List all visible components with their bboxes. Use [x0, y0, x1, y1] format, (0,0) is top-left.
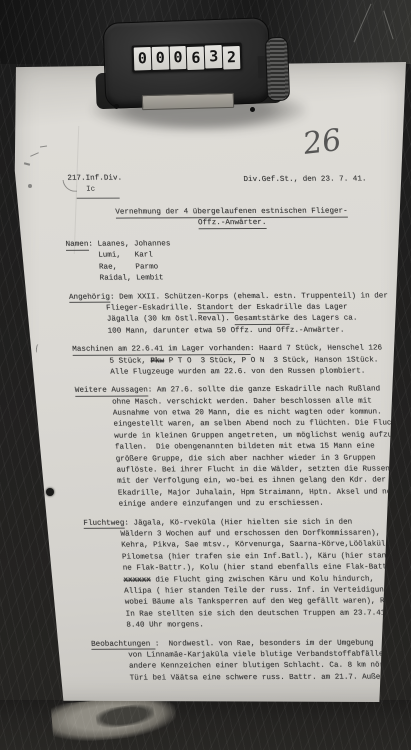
unit-branch-text: Ic — [86, 186, 96, 194]
counter-digit: 0 — [134, 47, 151, 70]
paragraph-maschinen: Maschinen am 22.6.41 im Lager vorhanden:… — [72, 343, 411, 379]
title-line-2: Offz.-Anwärter. — [64, 218, 401, 231]
dateline: Div.Gef.St., den 23. 7. 41. — [243, 174, 367, 186]
text-line: Raidal, Lembit — [68, 273, 409, 286]
text-segment: : Jägala, Kö-rveküla (Hier hielten sie s… — [124, 518, 352, 527]
text-segment: Wäldern 3 Wochen auf und erschossen den … — [84, 530, 381, 539]
document-content: 26 217.Inf.Div. Ic Div.Gef.St., den 23. … — [14, 60, 411, 702]
text-line: Maschinen am 22.6.41 im Lager vorhanden:… — [72, 343, 411, 356]
photo-frame: 26 217.Inf.Div. Ic Div.Gef.St., den 23. … — [0, 0, 411, 750]
underlined-text: Gesamtstärke — [234, 315, 289, 325]
unit-designation: 217.Inf.Div. Ic — [67, 174, 123, 199]
text-line: ne Flak-Battr.), Kolu (hier stand ebenfa… — [86, 562, 411, 575]
text-segment: In Rae stellten sie sich den deutschen T… — [89, 609, 386, 618]
text-line: wobei Bäume als Tanksperren auf den Weg … — [88, 597, 411, 610]
document-body: Namen: Laanes, Johannes Lumi, Karl Rae, … — [65, 238, 411, 692]
pencil-hook-mark — [63, 180, 78, 192]
text-segment: der Eskadrille das Lager — [234, 304, 348, 312]
document-page: 26 217.Inf.Div. Ic Div.Gef.St., den 23. … — [14, 62, 406, 702]
text-line: einige andere einzufangen und zu erschie… — [82, 499, 411, 512]
text-segment: 8.40 Uhr morgens. — [90, 621, 204, 629]
text-segment: Ausnahme von etwa 20 Mann, die es nicht … — [76, 409, 382, 418]
text-segment: einige andere einzufangen und zu erschie… — [82, 500, 324, 509]
text-segment: andere Kennzeichen einer blutigen Schlac… — [92, 662, 398, 671]
text-segment: größere Gruppe, die sich aber nachher wi… — [79, 454, 376, 463]
text-segment: mit der Verfolgung ein, wo-bei es ihnen … — [81, 477, 387, 486]
counter-screw — [250, 107, 255, 112]
text-segment: P T O 3 Stück, P O N 3 Stück, Hanson 1St… — [164, 356, 379, 365]
text-segment: : Am 27.6. sollte die ganze Eskadrille n… — [148, 386, 381, 395]
counter-digit: 2 — [223, 46, 240, 69]
text-segment: : Laanes, Johannes — [88, 240, 171, 248]
underlined-text: Standort — [197, 304, 234, 314]
punch-hole — [46, 488, 54, 496]
text-line: 8.40 Uhr morgens. — [90, 619, 411, 632]
text-segment: wurde in kleinen Gruppen angetreten, um … — [78, 431, 397, 440]
underlined-text: Weitere Aussagen — [75, 387, 149, 397]
text-line: fallen. Die obengenannten bildeten mit e… — [78, 442, 411, 455]
text-line: Angehörig: Dem XXII. Schützen-Korps (ehe… — [69, 291, 410, 304]
text-segment: : Nordwestl. von Rae, besonders im der U… — [155, 639, 374, 648]
text-segment: 100 Mann, darunter etwa 50 Offz. und Off… — [71, 326, 345, 335]
text-segment: die Flucht ging zwischen Käru und Kolu h… — [151, 575, 375, 584]
underlined-text: Angehörig — [69, 293, 111, 303]
underlined-text: Namen — [65, 241, 88, 251]
paragraph-weitere-aussagen: Weitere Aussagen: Am 27.6. sollte die ga… — [75, 385, 411, 512]
paragraph-beobachtungen: Beobachtungen : Nordwestl. von Rae, beso… — [91, 638, 411, 685]
pencil-scribble — [28, 184, 32, 188]
text-segment: Türi bei Väätsa eine schwere russ. Battr… — [93, 673, 399, 682]
counter-digit: 0 — [152, 47, 169, 70]
text-line: Alle Flugzeuge wurden am 22.6. von den R… — [73, 366, 411, 379]
document-title: Vernehmung der 4 übergelaufenen estnisch… — [63, 206, 400, 230]
text-segment: Allipa ( hier standen Teile der russ. In… — [88, 586, 394, 595]
text-segment: : Dem XXII. Schützen-Korps (ehemal. estn… — [110, 292, 388, 301]
counter-reset-knob — [265, 37, 290, 102]
unit-branch-label: Ic — [76, 185, 120, 199]
paragraph-fluchtweg: Fluchtweg: Jägala, Kö-rveküla (Hier hiel… — [83, 517, 411, 632]
underlined-text: Beobachtungen — [91, 640, 155, 650]
text-segment: fallen. Die obengenannten bildeten mit e… — [78, 443, 375, 452]
text-segment: ohne Masch. verschickt werden. Daher bes… — [75, 397, 372, 406]
text-segment: von Linnamäe-Karjaküla viele blutige Ver… — [92, 650, 402, 659]
text-segment: eingestellt waren, am selben Abend noch … — [77, 420, 401, 429]
counter-digit: 0 — [169, 46, 186, 69]
text-segment: auflöste. Bei ihrer Flucht in die Wälder… — [80, 466, 390, 475]
counter-digit: 3 — [205, 45, 222, 68]
text-segment: Lumi, Karl — [66, 252, 153, 260]
text-segment: Kehra, Pikva, Sae mtsv., Körvenurga, Saa… — [85, 541, 395, 550]
text-segment: Rae, Parmo — [67, 263, 159, 271]
text-segment: Ekadrille, Major Juhalain, Hpm Straimann… — [81, 488, 400, 497]
struck-text: Pkw — [150, 357, 164, 365]
struck-text: xxxxxx — [123, 576, 151, 584]
text-line: Türi bei Väätsa eine schwere russ. Battr… — [93, 672, 411, 685]
counter-plate — [142, 93, 234, 110]
text-segment: Jägalla (30 km östl.Reval). — [70, 315, 235, 324]
text-segment: Alle Flugzeuge wurden am 22.6. von den R… — [74, 367, 366, 376]
text-line: andere Kennzeichen einer blutigen Schlac… — [92, 661, 411, 674]
text-segment: ne Flak-Battr.), Kolu (hier stand ebenfa… — [86, 564, 405, 573]
text-line: In Rae stellten sie sich den deutschen T… — [89, 608, 411, 621]
text-segment: : Haard 7 Stück, Henschel 126 — [250, 345, 383, 354]
counter-digit: 6 — [187, 47, 204, 70]
handwritten-page-number: 26 — [301, 123, 365, 159]
counter-screw — [114, 104, 119, 109]
underlined-text: Fluchtweg — [83, 519, 125, 529]
text-segment: wobei Bäume als Tanksperren auf den Weg … — [88, 598, 398, 607]
paragraph-angehoerig: Angehörig: Dem XXII. Schützen-Korps (ehe… — [69, 291, 411, 338]
text-segment: Raidal, Lembit — [68, 275, 164, 283]
background-bottom-band — [0, 700, 411, 750]
text-segment: Flieger-Eskadrille. — [69, 304, 197, 313]
text-line: Ekadrille, Major Juhalain, Hpm Straimann… — [81, 487, 411, 500]
text-segment: des Lagers ca. — [289, 315, 358, 323]
paragraph-namen: Namen: Laanes, Johannes Lumi, Karl Rae, … — [65, 238, 408, 285]
counter-digits: 0 0 0 6 3 2 — [132, 42, 243, 72]
text-segment: 5 Stück, — [73, 357, 151, 365]
underlined-text: Maschinen am 22.6.41 im Lager vorhanden — [72, 345, 250, 355]
text-line: 100 Mann, darunter etwa 50 Offz. und Off… — [71, 325, 411, 338]
text-segment: Pilometsa (hier trafen sie ein Inf.Batl.… — [85, 552, 409, 561]
text-segment — [87, 576, 124, 584]
